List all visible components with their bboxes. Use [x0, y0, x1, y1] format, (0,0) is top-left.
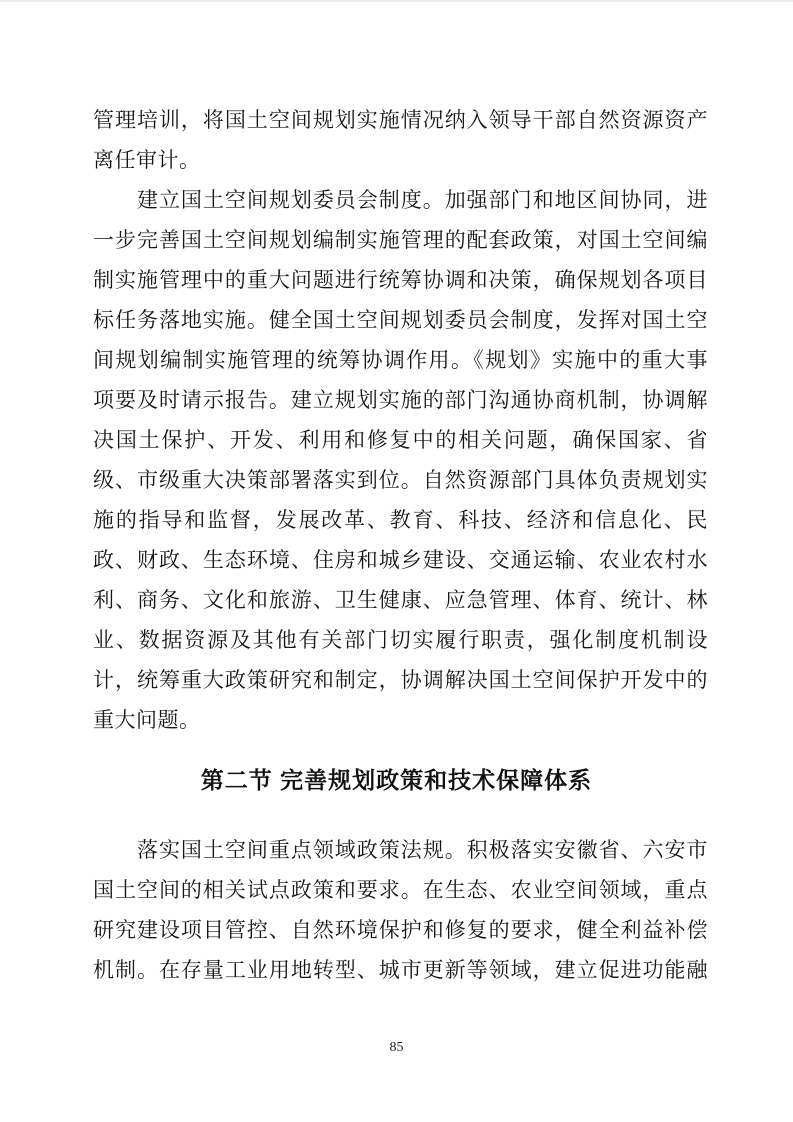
paragraph-block-policy: 落实国土空间重点领域政策法规。积极落实安徽省、六安市国土空间的相关试点政策和要求…	[93, 830, 708, 990]
text-line: 间规划编制实施管理的统筹协调作用。《规划》实施中的重大事	[93, 340, 708, 380]
text-line: 制实施管理中的重大问题进行统筹协调和决策，确保规划各项目	[93, 260, 708, 300]
text-line: 管理培训，将国土空间规划实施情况纳入领导干部自然资源资产	[93, 100, 708, 140]
text-line: 利、商务、文化和旅游、卫生健康、应急管理、体育、统计、林	[93, 580, 708, 620]
text-line: 机制。在存量工业用地转型、城市更新等领域，建立促进功能融	[93, 950, 708, 990]
text-line: 政、财政、生态环境、住房和城乡建设、交通运输、农业农村水	[93, 540, 708, 580]
section-heading: 第二节 完善规划政策和技术保障体系	[0, 760, 793, 800]
text-line: 离任审计。	[93, 140, 708, 180]
text-line: 决国土保护、开发、利用和修复中的相关问题，确保国家、省	[93, 420, 708, 460]
paragraph-block-implementation: 管理培训，将国土空间规划实施情况纳入领导干部自然资源资产离任审计。 建立国土空间…	[93, 100, 708, 740]
text-line: 一步完善国土空间规划编制实施管理的配套政策，对国土空间编	[93, 220, 708, 260]
document-page: 管理培训，将国土空间规划实施情况纳入领导干部自然资源资产离任审计。 建立国土空间…	[0, 0, 793, 1122]
text-line: 级、市级重大决策部署落实到位。自然资源部门具体负责规划实	[93, 460, 708, 500]
text-line: 重大问题。	[93, 700, 708, 740]
text-line: 施的指导和监督，发展改革、教育、科技、经济和信息化、民	[93, 500, 708, 540]
text-line: 标任务落地实施。健全国土空间规划委员会制度，发挥对国土空	[93, 300, 708, 340]
text-line: 落实国土空间重点领域政策法规。积极落实安徽省、六安市	[93, 830, 708, 870]
text-line: 项要及时请示报告。建立规划实施的部门沟通协商机制，协调解	[93, 380, 708, 420]
text-line: 研究建设项目管控、自然环境保护和修复的要求，健全利益补偿	[93, 910, 708, 950]
text-line: 国土空间的相关试点政策和要求。在生态、农业空间领域，重点	[93, 870, 708, 910]
text-line: 业、数据资源及其他有关部门切实履行职责，强化制度机制设	[93, 620, 708, 660]
text-line: 计，统筹重大政策研究和制定，协调解决国土空间保护开发中的	[93, 660, 708, 700]
text-line: 建立国土空间规划委员会制度。加强部门和地区间协同，进	[93, 180, 708, 220]
page-number: 85	[0, 1038, 793, 1058]
